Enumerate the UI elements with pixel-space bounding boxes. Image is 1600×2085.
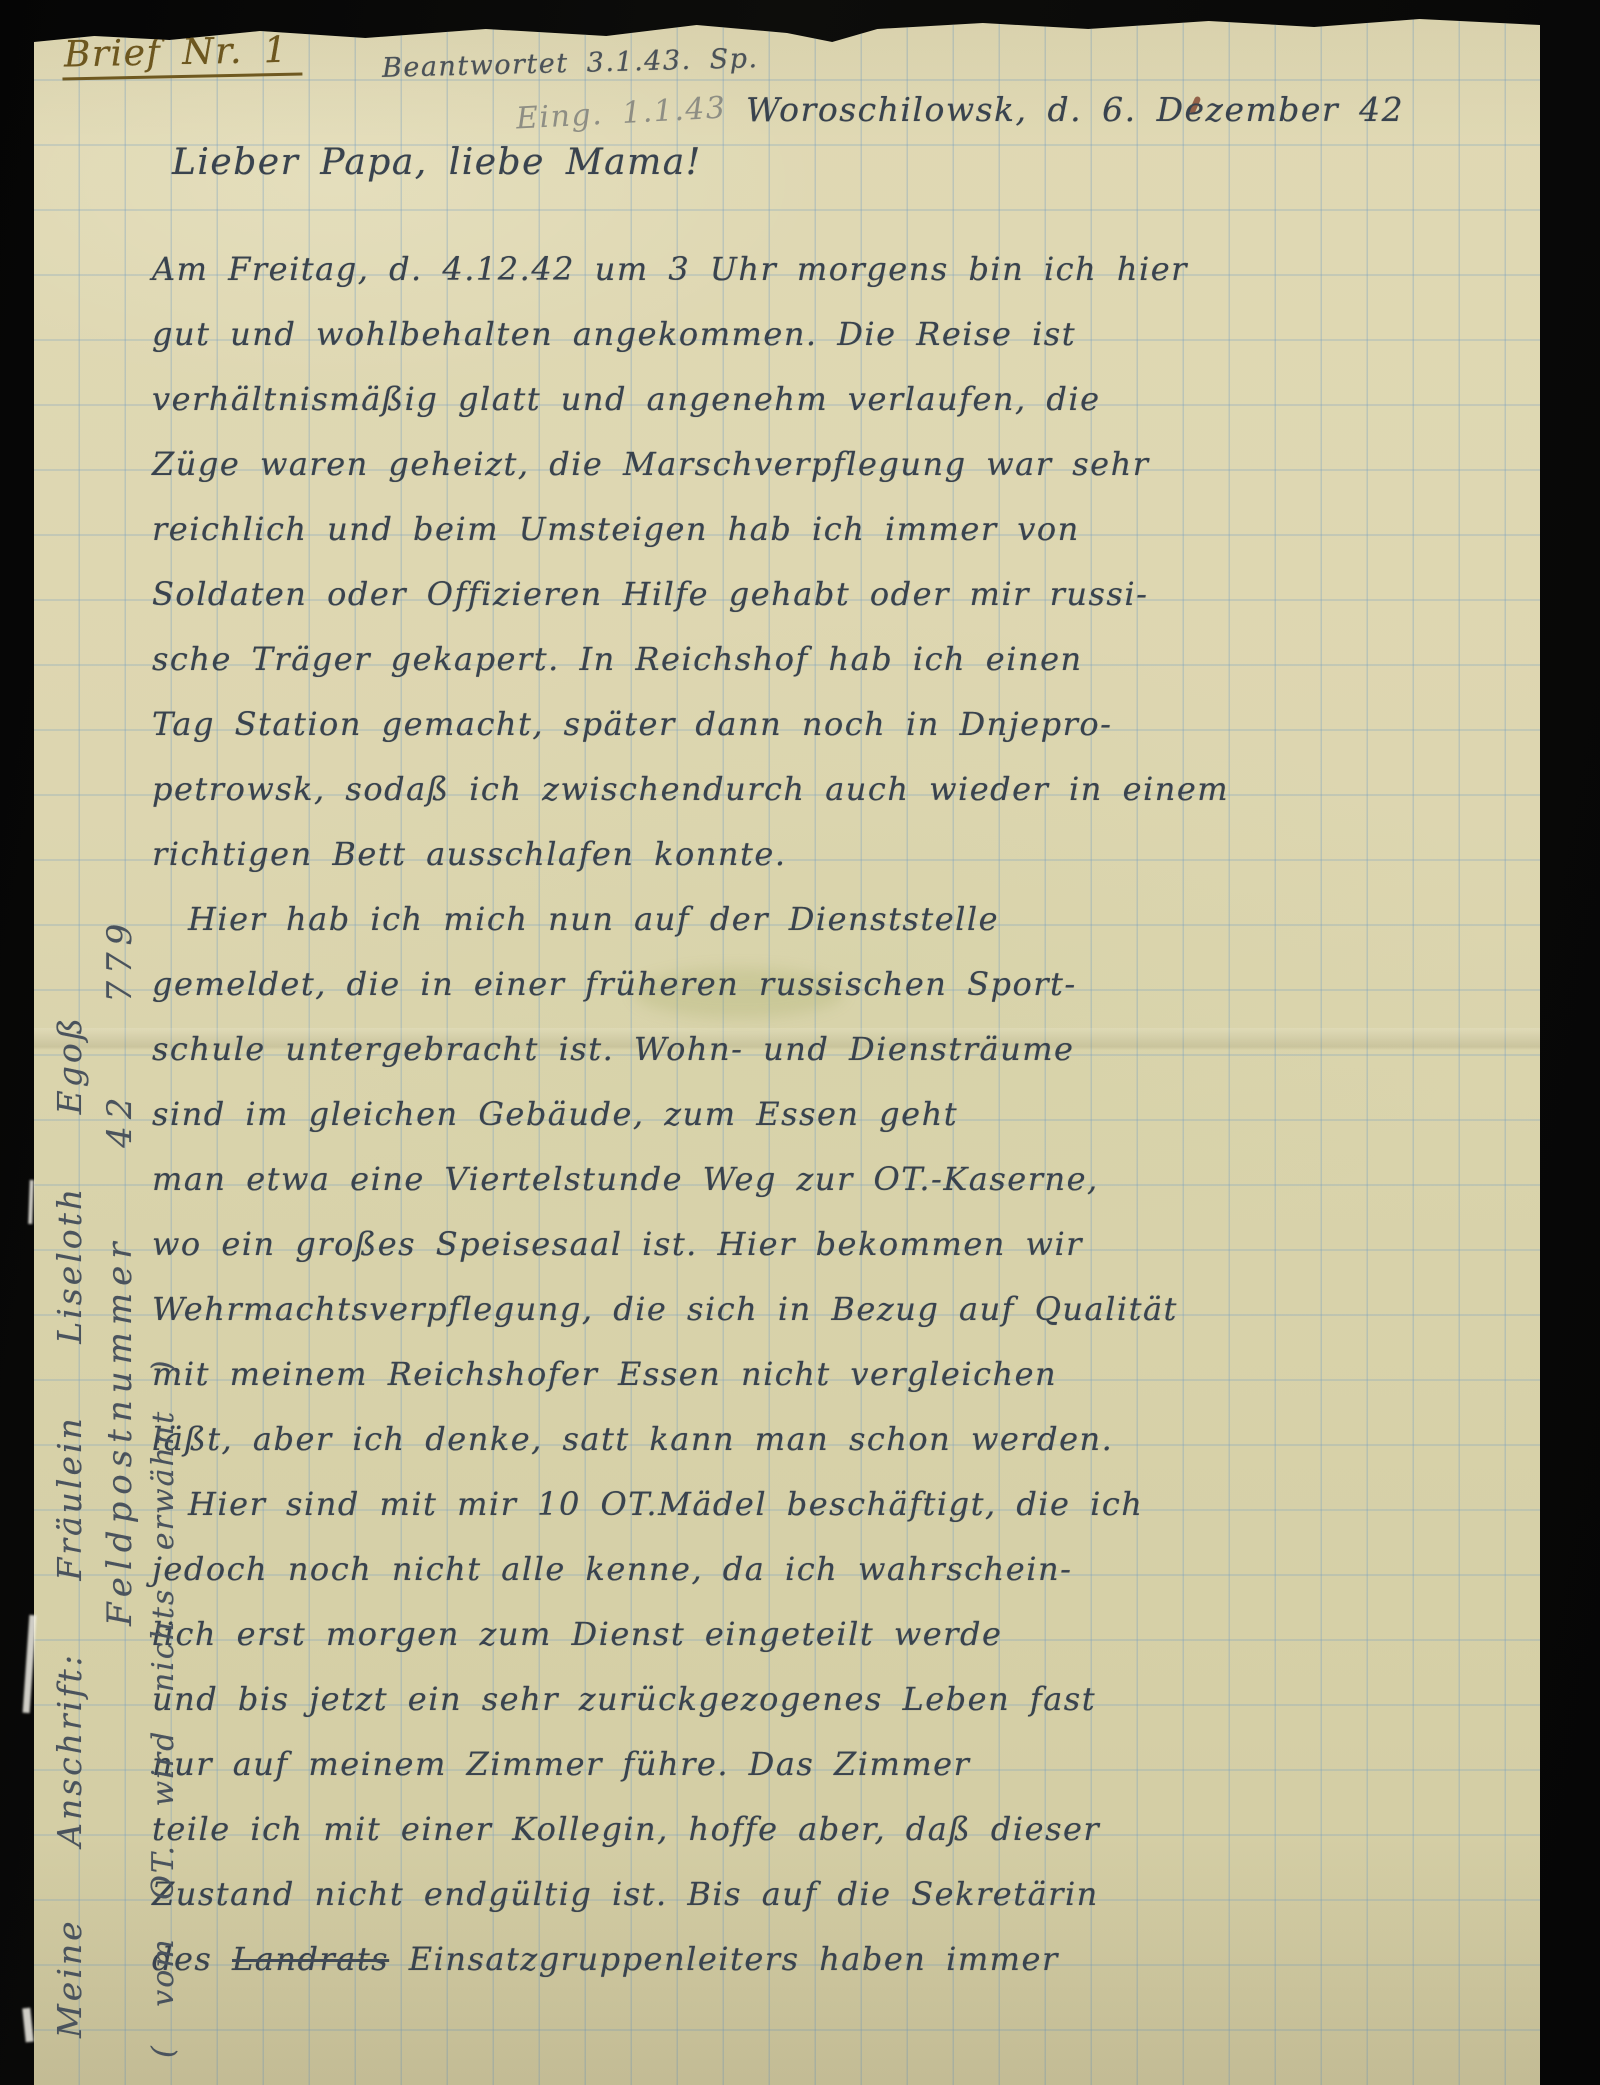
body-line: Hier sind mit mir 10 OT.Mädel beschäftig… [152, 1475, 1212, 1540]
margin-fieldpost-note: Feldpostnummer 42 779 [100, 676, 140, 1626]
body-line: teile ich mit einer Kollegin, hoffe aber… [152, 1800, 1212, 1865]
letter-paper: Brief Nr. 1 Beantwortet 3.1.43. Sp. Eing… [34, 16, 1540, 2085]
dateline: Woroschilowsk, d. 6. Dezember 42 [746, 90, 1404, 129]
body-line: Züge waren geheizt, die Marschverpflegun… [152, 435, 1212, 500]
body-line: gut und wohlbehalten angekommen. Die Rei… [152, 305, 1212, 370]
body-line: Zustand nicht endgültig ist. Bis auf die… [152, 1865, 1212, 1930]
body-line: verhältnismäßig glatt und angenehm verla… [152, 370, 1212, 435]
body-line: und bis jetzt ein sehr zurückgezogenes L… [152, 1670, 1212, 1735]
body-line: läßt, aber ich denke, satt kann man scho… [152, 1410, 1212, 1475]
body-line: richtigen Bett ausschlafen konnte. [152, 825, 1212, 890]
body-line: man etwa eine Viertelstunde Weg zur OT.-… [152, 1150, 1212, 1215]
body-line: schule untergebracht ist. Wohn- und Dien… [152, 1020, 1212, 1085]
letter-number: Brief Nr. 1 [62, 29, 303, 80]
body-line: petrowsk, sodaß ich zwischendurch auch w… [152, 760, 1212, 825]
body-line: mit meinem Reichshofer Essen nicht vergl… [152, 1345, 1212, 1410]
scan-background: Brief Nr. 1 Beantwortet 3.1.43. Sp. Eing… [0, 0, 1600, 2085]
body-line: wo ein großes Speisesaal ist. Hier bekom… [152, 1215, 1212, 1280]
letter-body: Am Freitag, d. 4.12.42 um 3 Uhr morgens … [152, 240, 1212, 1995]
body-line: nur auf meinem Zimmer führe. Das Zimmer [152, 1735, 1212, 1800]
body-line: sind im gleichen Gebäude, zum Essen geht [152, 1085, 1212, 1150]
body-line: jedoch noch nicht alle kenne, da ich wah… [152, 1540, 1212, 1605]
body-line: lich erst morgen zum Dienst eingeteilt w… [152, 1605, 1212, 1670]
body-line: Hier hab ich mich nun auf der Dienststel… [152, 890, 1212, 955]
sleeve-reflection [28, 1180, 34, 1224]
body-line-last: des Landrats Einsatzgruppenleiters haben… [152, 1930, 1212, 1995]
body-line: Tag Station gemacht, später dann noch in… [152, 695, 1212, 760]
sleeve-reflection [22, 2008, 34, 2043]
last-line-suffix: Einsatzgruppenleiters haben immer [389, 1940, 1059, 1978]
body-line: reichlich und beim Umsteigen hab ich imm… [152, 500, 1212, 565]
body-line: Soldaten oder Offizieren Hilfe gehabt od… [152, 565, 1212, 630]
margin-ot-note: ( vom OT. wird nichts erwähnt ) [146, 1068, 181, 2058]
salutation: Lieber Papa, liebe Mama! [172, 142, 702, 183]
body-line: Am Freitag, d. 4.12.42 um 3 Uhr morgens … [152, 240, 1212, 305]
struck-word: Landrats [232, 1940, 389, 1978]
margin-address-note: Meine Anschrift: Fräulein Liseloth Egoß [50, 608, 89, 2038]
body-line: sche Träger gekapert. In Reichshof hab i… [152, 630, 1212, 695]
body-line: Wehrmachtsverpflegung, die sich in Bezug… [152, 1280, 1212, 1345]
body-line: gemeldet, die in einer früheren russisch… [152, 955, 1212, 1020]
